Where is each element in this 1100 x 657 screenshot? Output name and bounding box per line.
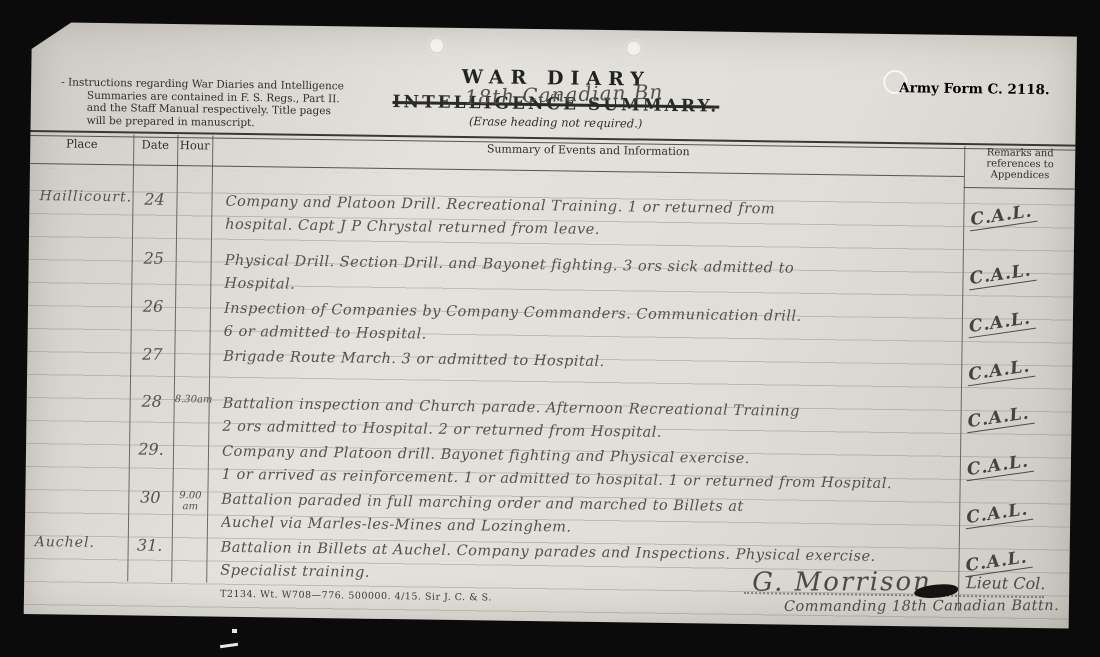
place-cell xyxy=(38,343,130,344)
date-cell: 31. xyxy=(129,535,171,555)
army-form-number: Army Form C. 2118. xyxy=(899,80,1050,98)
summary-cell: Physical Drill. Section Drill. and Bayon… xyxy=(224,250,954,306)
summary-cell: Company and Platoon drill. Bayonet fight… xyxy=(222,441,952,497)
date-cell: 30 xyxy=(129,487,171,507)
date-cell: 29. xyxy=(130,439,172,459)
film-corner xyxy=(30,20,75,50)
signature-rank: Lieut Col. xyxy=(966,573,1045,593)
instructions-note: - Instructions regarding War Diaries and… xyxy=(61,76,380,130)
remarks-initials: C.A.L. xyxy=(966,260,1036,291)
remarks-initials: C.A.L. xyxy=(967,201,1037,232)
diary-entries: Haillicourt. 24 Company and Platoon Dril… xyxy=(24,172,1075,597)
film-speck xyxy=(232,629,237,633)
remarks-initials: C.A.L. xyxy=(964,403,1034,434)
header-place: Place xyxy=(30,136,133,151)
signature-name: G. Morrison xyxy=(752,567,932,598)
summary-cell: Battalion paraded in full marching order… xyxy=(221,489,951,545)
place-cell xyxy=(39,247,131,248)
place-cell: Haillicourt. xyxy=(39,188,131,205)
header-remarks: Remarks and references to Appendices xyxy=(966,147,1074,182)
date-cell: 27 xyxy=(131,344,173,364)
place-cell xyxy=(38,295,130,296)
punch-hole-right xyxy=(626,40,642,56)
remarks-initials: C.A.L. xyxy=(963,499,1033,530)
microfilm-background: - Instructions regarding War Diaries and… xyxy=(0,0,1100,657)
war-diary-page: - Instructions regarding War Diaries and… xyxy=(24,22,1077,629)
form-title-block: WAR DIARY or INTELLIGENCE SUMMARY. (Eras… xyxy=(361,65,752,132)
remarks-initials: C.A.L. xyxy=(966,308,1036,339)
remarks-initials: C.A.L. xyxy=(964,451,1034,482)
header-date: Date xyxy=(133,137,177,152)
summary-cell: Inspection of Companies by Company Comma… xyxy=(224,298,954,354)
place-cell xyxy=(36,486,128,487)
place-cell: Auchel. xyxy=(35,534,127,551)
header-hour: Hour xyxy=(177,138,212,152)
place-cell xyxy=(36,438,128,439)
film-scratch xyxy=(220,643,238,648)
hour-cell: 8.30am xyxy=(175,394,209,405)
summary-cell: Battalion inspection and Church parade. … xyxy=(222,393,952,449)
punch-hole-left xyxy=(429,38,445,54)
date-cell: 26 xyxy=(132,296,174,316)
date-cell: 25 xyxy=(133,248,175,268)
table-row: Haillicourt. 24 Company and Platoon Dril… xyxy=(29,188,1075,249)
date-cell: 24 xyxy=(133,189,175,209)
place-cell xyxy=(37,390,129,391)
summary-cell: Company and Platoon Drill. Recreational … xyxy=(225,191,955,247)
remarks-initials: C.A.L. xyxy=(965,356,1035,387)
date-cell: 28 xyxy=(131,391,173,411)
signature-command: Commanding 18th Canadian Battn. xyxy=(784,598,1059,615)
hour-cell: 9.00 am xyxy=(173,490,207,512)
